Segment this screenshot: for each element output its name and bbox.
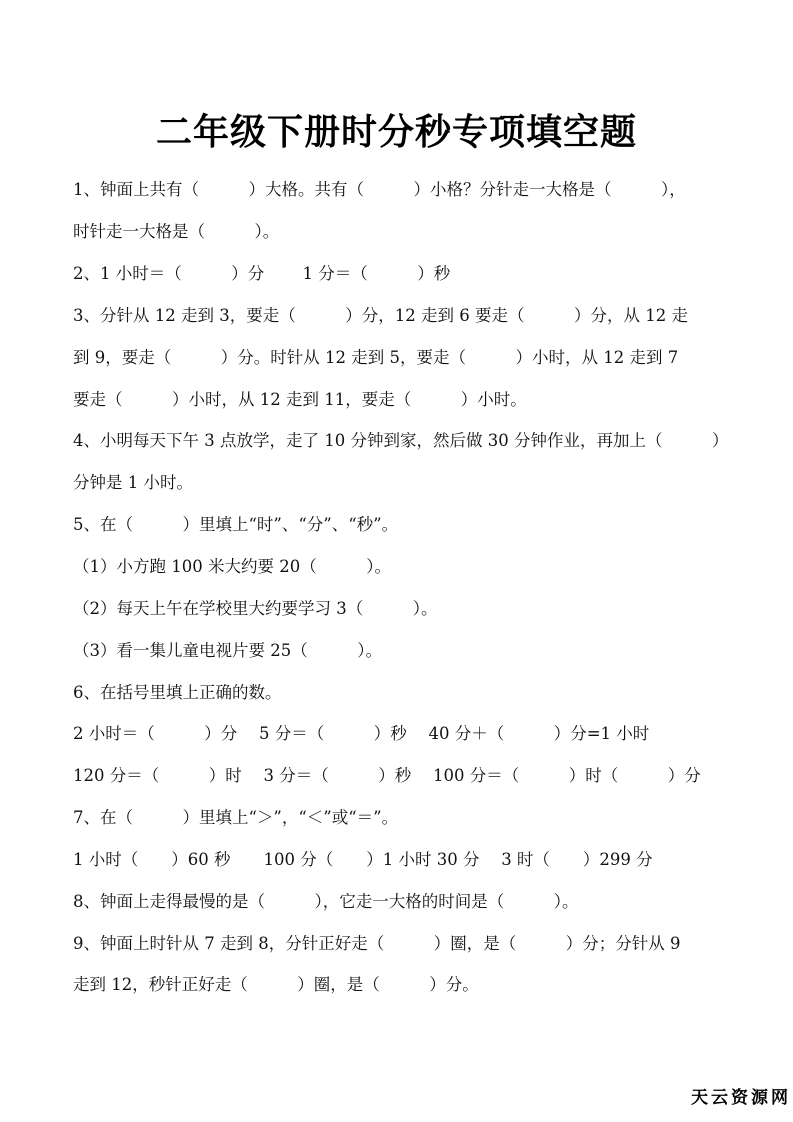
question-line: （2）每天上午在学校里大约要学习 3（ ）。: [73, 599, 438, 619]
question-line: 分钟是 1 小时。: [73, 473, 193, 493]
question-line: 7、在（ ）里填上“＞”，“＜”或“＝”。: [73, 808, 398, 828]
question-line: 1 小时（ ）60 秒 100 分（ ）1 小时 30 分 3 时（ ）299 …: [73, 850, 653, 870]
question-line: 5、在（ ）里填上“时”、“分”、“秒”。: [73, 515, 398, 535]
question-line: （1）小方跑 100 米大约要 20（ ）。: [73, 557, 391, 577]
question-line: 2 小时＝（ ）分 5 分＝（ ）秒 40 分＋（ ）分=1 小时: [73, 724, 649, 744]
question-line: 8、钟面上走得最慢的是（ ），它走一大格的时间是（ ）。: [73, 892, 579, 912]
question-line: 走到 12，秒针正好走（ ）圈，是（ ）分。: [73, 975, 479, 995]
question-line: 要走（ ）小时，从 12 走到 11，要走（ ）小时。: [73, 390, 527, 410]
question-line: 4、小明每天下午 3 点放学，走了 10 分钟到家，然后做 30 分钟作业，再加…: [73, 431, 728, 451]
question-line: 3、分针从 12 走到 3，要走（ ）分，12 走到 6 要走（ ）分，从 12…: [73, 306, 688, 326]
question-line: 9、钟面上时针从 7 走到 8，分针正好走（ ）圈，是（ ）分；分针从 9: [73, 934, 680, 954]
page-title: 二年级下册时分秒专项填空题: [0, 104, 793, 155]
question-line: 到 9，要走（ ）分。时针从 12 走到 5，要走（ ）小时，从 12 走到 7: [73, 348, 678, 368]
question-line: 6、在括号里填上正确的数。: [73, 683, 282, 703]
watermark: 天云资源网: [691, 1083, 791, 1108]
question-line: 时针走一大格是（ ）。: [73, 222, 279, 242]
question-line: 120 分＝（ ）时 3 分＝（ ）秒 100 分＝（ ）时（ ）分: [73, 766, 701, 786]
question-line: 2、1 小时＝（ ）分 1 分＝（ ）秒: [73, 264, 450, 284]
question-line: （3）看一集儿童电视片要 25（ ）。: [73, 641, 382, 661]
question-line: 1、钟面上共有（ ）大格。共有（ ）小格？分针走一大格是（ ），: [73, 180, 686, 200]
